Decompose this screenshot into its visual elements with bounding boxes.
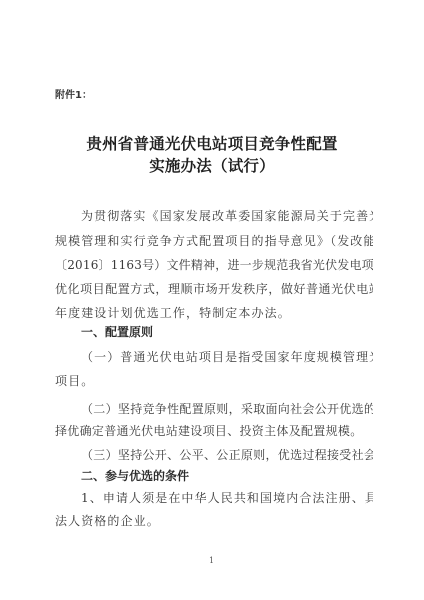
intro-paragraph-line: 规模管理和实行竞争方式配置项目的指导意见》（发改能源 bbox=[55, 234, 373, 248]
section-heading-eligibility-conditions: 二、参与优选的条件 bbox=[81, 469, 189, 483]
intro-paragraph-line: 优化项目配置方式，理顺市场开发秩序，做好普通光伏电站项目 bbox=[55, 282, 373, 296]
intro-paragraph-line: 〔2016〕1163号）文件精神，进一步规范我省光伏发电项目管理， bbox=[55, 258, 373, 272]
intro-paragraph-line: 年度建设计划优选工作，特制定本办法。 bbox=[55, 306, 373, 320]
document-page: 附件1： 贵州省普通光伏电站项目竞争性配置 实施办法（试行） 为贯彻落实《国家发… bbox=[0, 0, 424, 600]
clause-line: 法人资格的企业。 bbox=[55, 514, 373, 528]
document-title-line-2: 实施办法（试行） bbox=[0, 154, 424, 176]
clause-line: 1、申请人须是在中华人民共和国境内合法注册、具有独立 bbox=[81, 491, 373, 505]
document-title-line-1: 贵州省普通光伏电站项目竞争性配置 bbox=[0, 132, 424, 154]
intro-paragraph-line: 为贯彻落实《国家发展改革委国家能源局关于完善光伏发电 bbox=[81, 209, 373, 223]
page-number: 1 bbox=[209, 556, 214, 565]
clause-line: （三）坚持公开、公平、公正原则，优选过程接受社会监督。 bbox=[81, 448, 373, 462]
attachment-label: 附件1： bbox=[55, 86, 92, 101]
clause-line: （二）坚持竞争性配置原则，采取面向社会公开优选的方式， bbox=[81, 402, 373, 416]
clause-line: 择优确定普通光伏电站建设项目、投资主体及配置规模。 bbox=[55, 424, 373, 438]
clause-line: 项目。 bbox=[55, 374, 373, 388]
clause-line: （一）普通光伏电站项目是指受国家年度规模管理光伏电站 bbox=[81, 350, 373, 364]
section-heading-allocation-principles: 一、配置原则 bbox=[81, 325, 153, 339]
